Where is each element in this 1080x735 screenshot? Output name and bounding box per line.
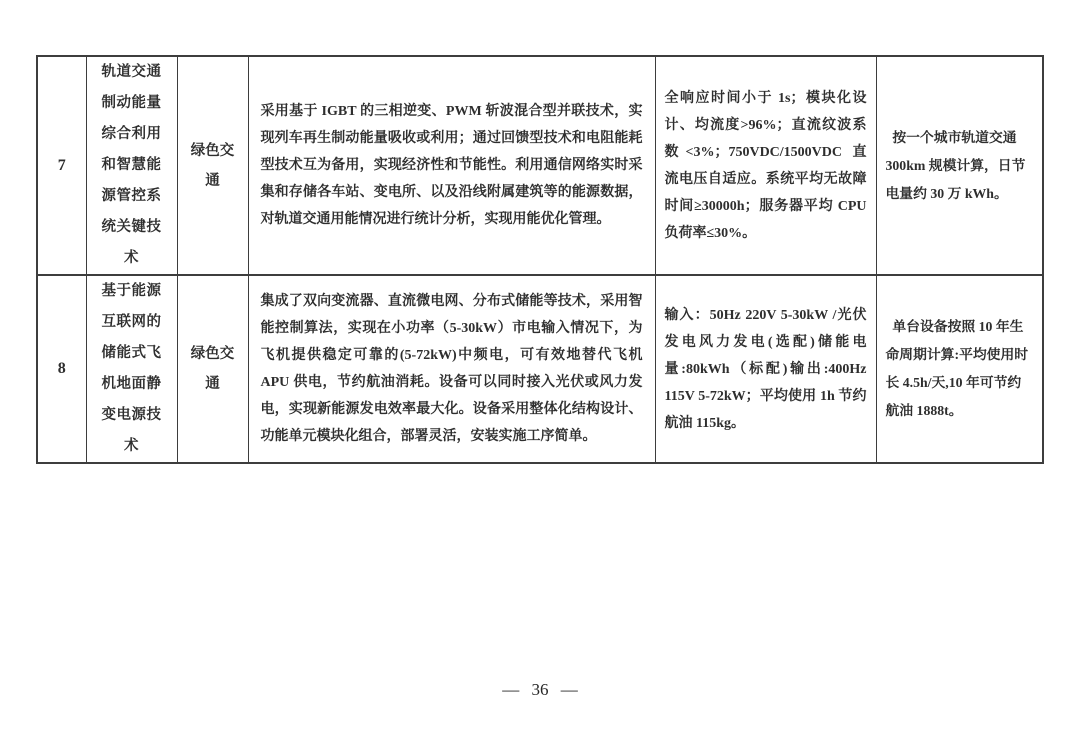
tech-name: 轨道交通制动能量综合利用和智慧能源管控系统关键技术 [86, 56, 177, 275]
table-row: 7 轨道交通制动能量综合利用和智慧能源管控系统关键技术 绿色交通 采用基于 IG… [37, 56, 1043, 275]
tech-benefit: 单台设备按照 10 年生命周期计算:平均使用时长 4.5h/天,10 年可节约航… [876, 275, 1043, 463]
tech-name: 基于能源互联网的储能式飞机地面静变电源技术 [86, 275, 177, 463]
page-number: — 36 — [0, 680, 1080, 700]
technology-table: 7 轨道交通制动能量综合利用和智慧能源管控系统关键技术 绿色交通 采用基于 IG… [36, 55, 1044, 464]
tech-description: 集成了双向变流器、直流微电网、分布式储能等技术，采用智能控制算法，实现在小功率（… [248, 275, 655, 463]
document-page: 7 轨道交通制动能量综合利用和智慧能源管控系统关键技术 绿色交通 采用基于 IG… [0, 0, 1080, 735]
tech-description: 采用基于 IGBT 的三相逆变、PWM 斩波混合型并联技术，实现列车再生制动能量… [248, 56, 655, 275]
row-number: 8 [37, 275, 86, 463]
row-number: 7 [37, 56, 86, 275]
tech-benefit: 按一个城市轨道交通 300km 规模计算，日节电量约 30 万 kWh。 [876, 56, 1043, 275]
tech-category: 绿色交通 [177, 56, 248, 275]
tech-category: 绿色交通 [177, 275, 248, 463]
tech-specs: 输入：50Hz 220V 5-30kW /光伏发电风力发电(选配)储能电量:80… [655, 275, 876, 463]
tech-specs: 全响应时间小于 1s；模块化设计、均流度>96%；直流纹波系数<3%；750VD… [655, 56, 876, 275]
table-row: 8 基于能源互联网的储能式飞机地面静变电源技术 绿色交通 集成了双向变流器、直流… [37, 275, 1043, 463]
